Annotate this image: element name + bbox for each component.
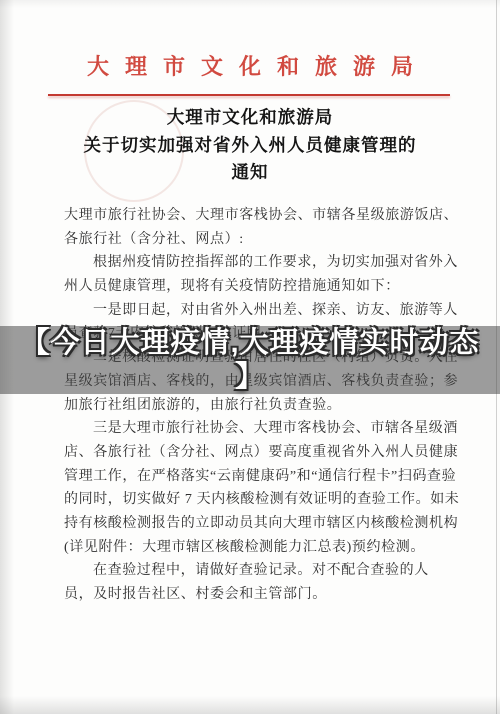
body-line: 管理工作，在严格落实“云南健康码”和“通信行程卡”扫码查验 bbox=[64, 465, 444, 489]
agency-letterhead: 大理市文化和旅游局 bbox=[0, 50, 500, 81]
body-line: 的同时，切实做好 7 天内核酸检测有效证明的查验工作。如未 bbox=[64, 488, 444, 512]
caption-overlay-text: 【今日大理疫情,大理疫情实时动态 bbox=[20, 326, 479, 360]
notice-title-line: 通知 bbox=[30, 159, 470, 187]
notice-title-line: 关于切实加强对省外入州人员健康管理的 bbox=[30, 132, 470, 160]
body-line: 各旅行社（含分社、网点）: bbox=[64, 228, 444, 252]
body-line: 三是大理市旅行社协会、大理市客栈协会、市辖各星级酒 bbox=[64, 417, 444, 441]
body-line: 根据州疫情防控指挥部的工作要求，为切实加强对省外入 bbox=[64, 251, 444, 275]
body-line: 一是即日起，对由省外入州出差、探亲、访友、旅游等人 bbox=[64, 299, 444, 323]
scanned-notice-page: 大理市文化和旅游局 大理市文化和旅游局 关于切实加强对省外入州人员健康管理的 通… bbox=[0, 0, 500, 714]
body-line: 大理市旅行社协会、大理市客栈协会、市辖各星级旅游饭店、 bbox=[64, 204, 444, 228]
scan-edge-top bbox=[0, 0, 500, 8]
notice-title-line: 大理市文化和旅游局 bbox=[30, 104, 470, 132]
body-line: 加旅行社组团旅游的，由旅行社负责查验。 bbox=[64, 394, 444, 418]
caption-overlay-band: 【今日大理疫情,大理疫情实时动态 】 bbox=[0, 326, 500, 394]
caption-overlay-text: 】 bbox=[235, 360, 265, 394]
body-line: 持有核酸检测报告的立即动员其向大理市辖区内核酸检测机构 bbox=[64, 512, 444, 536]
letterhead-divider bbox=[48, 94, 450, 96]
body-line: 州人员健康管理，现将有关疫情防控措施通知如下： bbox=[64, 275, 444, 299]
notice-title: 大理市文化和旅游局 关于切实加强对省外入州人员健康管理的 通知 bbox=[30, 104, 470, 187]
body-line: 店、各旅行社（含分社、网点）要高度重视省外入州人员健康 bbox=[64, 441, 444, 465]
body-line: 在查验过程中，请做好查验记录。对不配合查验的人 bbox=[64, 559, 444, 583]
notice-body: 大理市旅行社协会、大理市客栈协会、市辖各星级旅游饭店、 各旅行社（含分社、网点）… bbox=[64, 204, 444, 607]
body-line: 员，及时报告社区、村委会和主管部门。 bbox=[64, 583, 444, 607]
scan-edge-bottom bbox=[0, 696, 500, 714]
body-line: (详见附件：大理市辖区核酸检测能力汇总表)预约检测。 bbox=[64, 536, 444, 560]
